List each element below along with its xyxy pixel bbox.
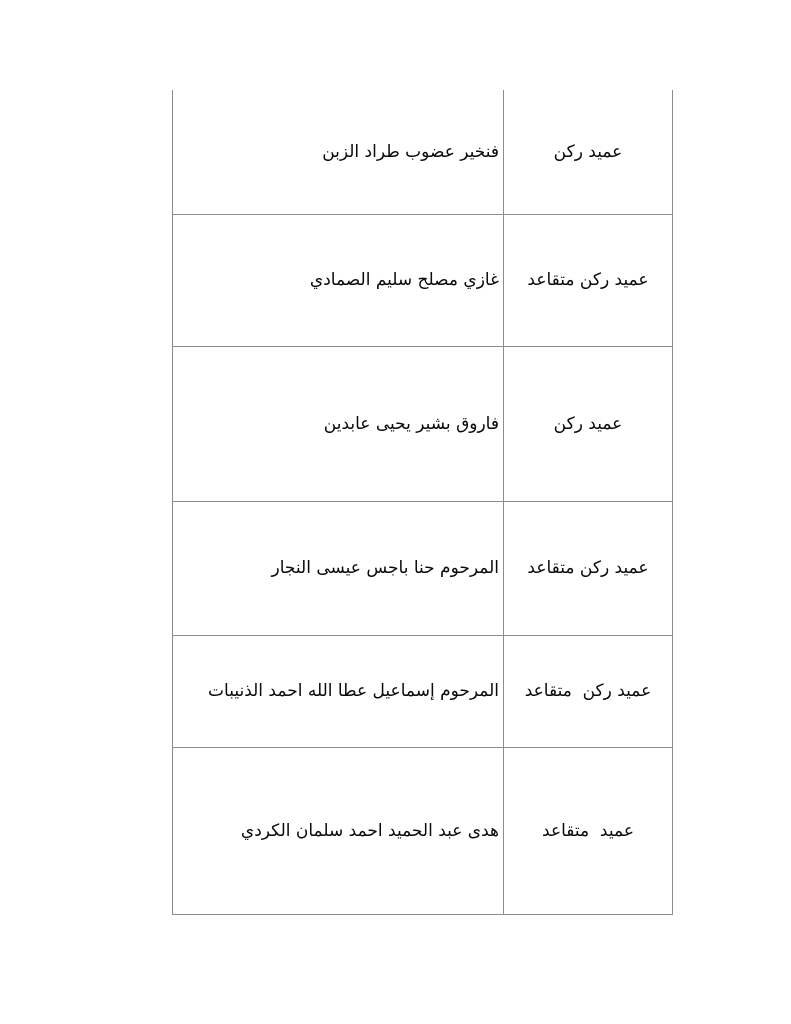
table-row: عميد متقاعد هدى عبد الحميد احمد سلمان ال… (173, 748, 672, 914)
name-cell: غازي مصلح سليم الصمادي (173, 215, 503, 346)
document-page: عميد ركن فنخير عضوب طراد الزبن عميد ركن … (0, 0, 791, 1024)
officers-table: عميد ركن فنخير عضوب طراد الزبن عميد ركن … (172, 90, 673, 915)
table-row: عميد ركن متقاعد المرحوم حنا باجس عيسى ال… (173, 502, 672, 636)
name-cell: المرحوم حنا باجس عيسى النجار (173, 502, 503, 635)
table-row: عميد ركن متقاعد المرحوم إسماعيل عطا الله… (173, 636, 672, 748)
rank-cell: عميد ركن (503, 90, 672, 214)
rank-cell: عميد متقاعد (503, 748, 672, 914)
name-cell: فنخير عضوب طراد الزبن (173, 90, 503, 214)
rank-cell: عميد ركن متقاعد (503, 636, 672, 747)
rank-cell: عميد ركن (503, 347, 672, 501)
table-row: عميد ركن متقاعد غازي مصلح سليم الصمادي (173, 215, 672, 347)
name-cell: هدى عبد الحميد احمد سلمان الكردي (173, 748, 503, 914)
name-cell: المرحوم إسماعيل عطا الله احمد الذنيبات (173, 636, 503, 747)
table-row: عميد ركن فاروق بشير يحيى عابدين (173, 347, 672, 502)
table-row: عميد ركن فنخير عضوب طراد الزبن (173, 90, 672, 215)
name-cell: فاروق بشير يحيى عابدين (173, 347, 503, 501)
rank-cell: عميد ركن متقاعد (503, 502, 672, 635)
rank-cell: عميد ركن متقاعد (503, 215, 672, 346)
